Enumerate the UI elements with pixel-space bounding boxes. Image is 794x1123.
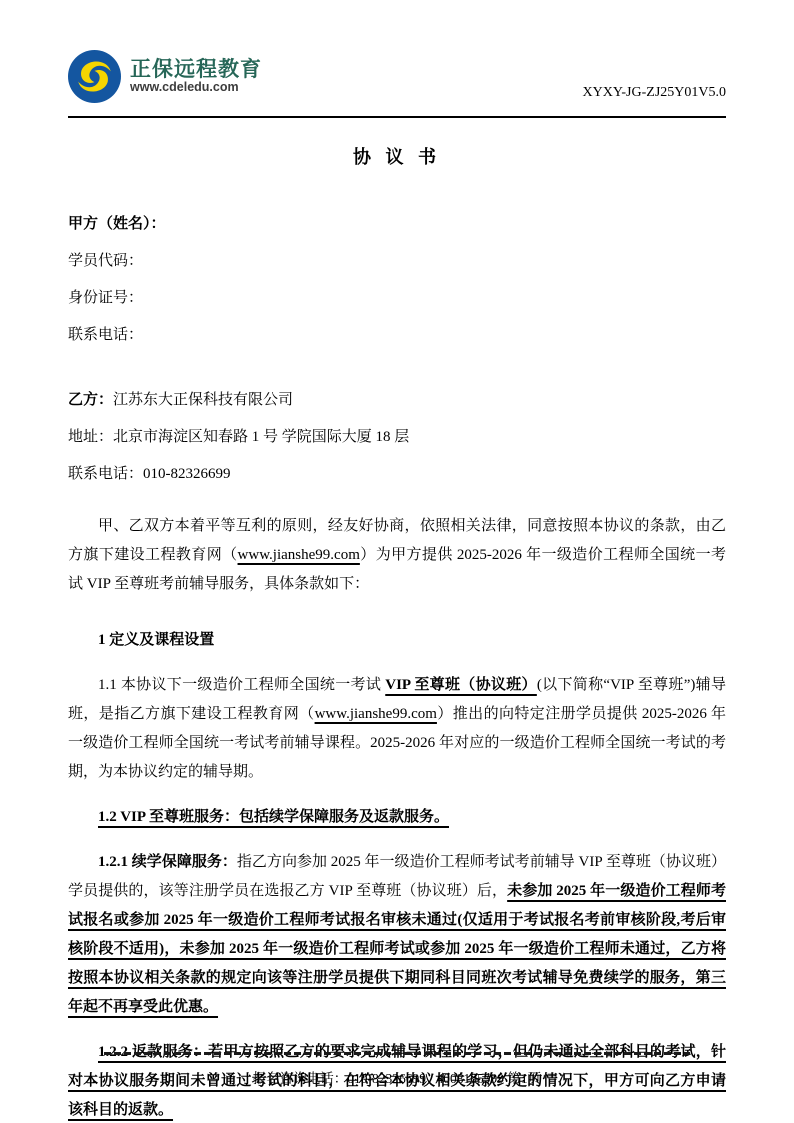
section-1-heading: 1 定义及课程设置 [68,626,726,655]
party-a-section: 甲方（姓名）： 学员代码： 身份证号： 联系电话： [68,215,726,344]
document-code: XYXY-JG-ZJ25Y01V5.0 [583,85,727,103]
party-a-code-label: 学员代码： [68,252,726,270]
party-b-address-label: 地址： [68,429,113,445]
jianshe99-link: www.jianshe99.com [315,706,437,722]
party-b-section: 乙方：江苏东大正保科技有限公司 地址：北京市海淀区知春路 1 号 学院国际大厦 … [68,391,726,483]
intro-paragraph: 甲、乙双方本着平等互利的原则，经友好协商，依照相关法律，同意按照本协议的条款，由… [68,512,726,599]
brand-url: www.cdeledu.com [130,81,262,95]
party-a-name-label: 甲方（姓名）： [68,215,726,233]
jianshe99-link: www.jianshe99.com [238,547,360,563]
page-header: 正保远程教育 www.cdeledu.com XYXY-JG-ZJ25Y01V5… [68,0,726,103]
clause-1-1-emphasis: VIP 至尊班（协议班） [385,677,537,693]
footer-divider [104,1052,690,1055]
party-b-address: 北京市海淀区知春路 1 号 学院国际大厦 18 层 [113,429,409,445]
party-b-phone-line: 联系电话：010-82326699 [68,465,726,483]
footer-contact: 报名咨询电话：010-82326699 / 4008105999 第1页 [0,1067,794,1087]
party-b-label: 乙方： [68,392,113,408]
party-b-phone-label: 联系电话： [68,466,143,482]
clause-1-1-text-1: 1.1 本协议下一级造价工程师全国统一考试 [98,677,385,693]
agreement-page: 正保远程教育 www.cdeledu.com XYXY-JG-ZJ25Y01V5… [0,0,794,1123]
brand-logo-icon [68,50,121,103]
clause-1-1: 1.1 本协议下一级造价工程师全国统一考试 VIP 至尊班（协议班）(以下简称“… [68,671,726,787]
clause-1-2-1-emphasis: 未参加 2025 年一级造价工程师考试报名或参加 2025 年一级造价工程师考试… [68,883,726,1015]
party-b-company: 江苏东大正保科技有限公司 [113,392,293,408]
party-a-id-label: 身份证号： [68,289,726,307]
page-footer: 报名咨询电话：010-82326699 / 4008105999 第1页 [0,1052,794,1087]
party-a-phone-label: 联系电话： [68,326,726,344]
party-b-phone: 010-82326699 [143,466,231,482]
header-divider [68,116,726,118]
clause-1-2: 1.2 VIP 至尊班服务：包括续学保障服务及返款服务。 [68,803,726,832]
clause-1-2-1-label: 1.2.1 续学保障服务： [98,854,237,870]
brand-logo: 正保远程教育 www.cdeledu.com [68,50,262,103]
party-b-address-line: 地址：北京市海淀区知春路 1 号 学院国际大厦 18 层 [68,428,726,446]
clause-1-2-1: 1.2.1 续学保障服务：指乙方向参加 2025 年一级造价工程师考试考前辅导 … [68,848,726,1022]
party-b-name-line: 乙方：江苏东大正保科技有限公司 [68,391,726,409]
brand-text-block: 正保远程教育 www.cdeledu.com [130,58,262,95]
document-title: 协 议 书 [68,143,726,169]
brand-name: 正保远程教育 [130,58,262,81]
clause-1-2-text: 1.2 VIP 至尊班服务：包括续学保障服务及返款服务。 [98,809,449,825]
